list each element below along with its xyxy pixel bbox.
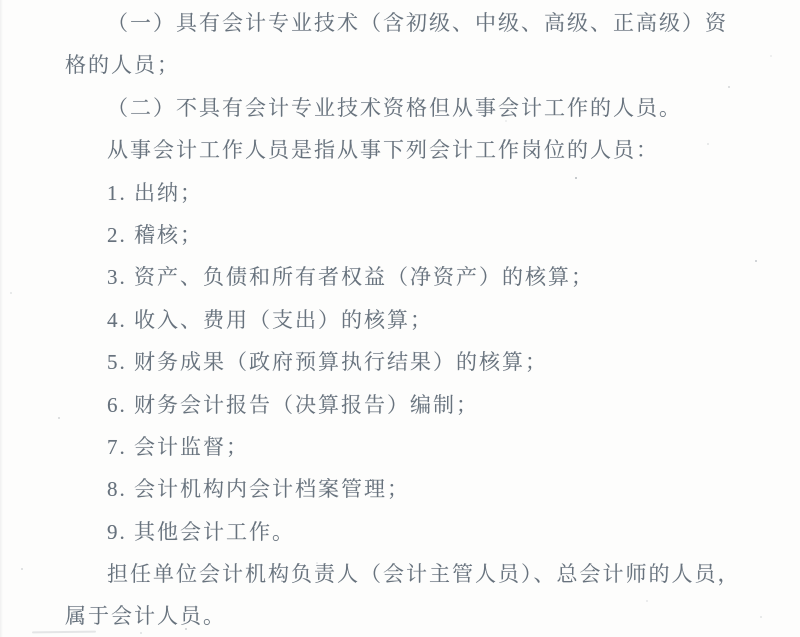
document-line: 6. 财务会计报告（决算报告）编制；: [65, 384, 760, 426]
document-line: 格的人员；: [65, 44, 760, 86]
document-line: 1. 出纳；: [65, 172, 760, 214]
scanned-document-page: （一）具有会计专业技术（含初级、中级、高级、正高级）资格的人员；（二）不具有会计…: [0, 0, 800, 637]
scan-edge-shadow: [0, 0, 3, 637]
document-line: 9. 其他会计工作。: [65, 511, 760, 553]
document-line: 属于会计人员。: [65, 595, 760, 637]
document-line: 从事会计工作人员是指从事下列会计工作岗位的人员：: [65, 129, 760, 171]
scan-speckle-noise: [0, 0, 2, 2]
document-line: 2. 稽核；: [65, 214, 760, 256]
document-line: （一）具有会计专业技术（含初级、中级、高级、正高级）资: [65, 2, 760, 44]
document-line: 7. 会计监督；: [65, 426, 760, 468]
document-text-block: （一）具有会计专业技术（含初级、中级、高级、正高级）资格的人员；（二）不具有会计…: [65, 2, 760, 637]
document-line: （二）不具有会计专业技术资格但从事会计工作的人员。: [65, 87, 760, 129]
document-line: 3. 资产、负债和所有者权益（净资产）的核算；: [65, 256, 760, 298]
document-line: 担任单位会计机构负责人（会计主管人员）、总会计师的人员，: [65, 553, 760, 595]
document-line: 4. 收入、费用（支出）的核算；: [65, 299, 760, 341]
document-line: 8. 会计机构内会计档案管理；: [65, 468, 760, 510]
document-line: 5. 财务成果（政府预算执行结果）的核算；: [65, 341, 760, 383]
